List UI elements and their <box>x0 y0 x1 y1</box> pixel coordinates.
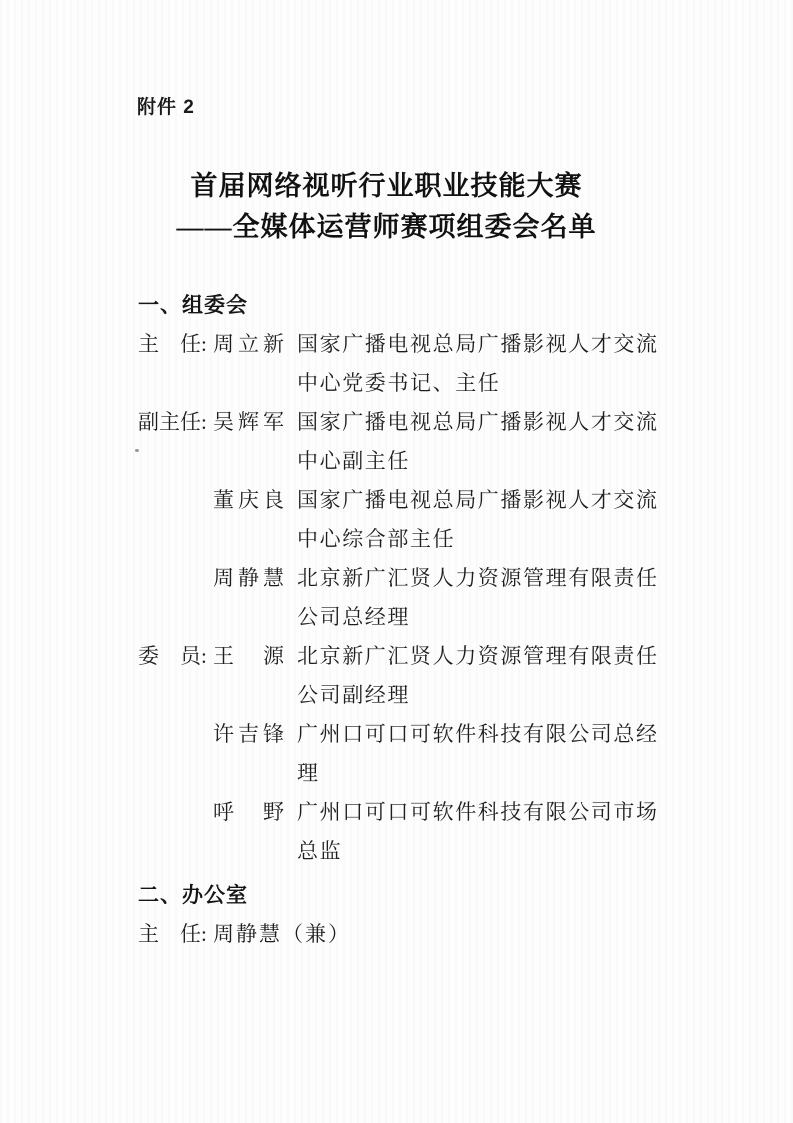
member-name: 董庆良 <box>213 481 289 520</box>
committee-entry: 主 任: 周立新 国家广播电视总局广播影视人才交流 中心党委书记、主任 <box>138 325 683 403</box>
committee-entry: 委 员: 王 源 北京新广汇贤人力资源管理有限责任 公司副经理 <box>138 637 683 715</box>
desc-line: 广州口可口可软件科技有限公司总经 <box>297 715 671 754</box>
scan-artifact-dot <box>135 449 139 452</box>
desc-line: 中心综合部主任 <box>297 520 671 559</box>
committee-entry: 周静慧 北京新广汇贤人力资源管理有限责任 公司总经理 <box>138 559 683 637</box>
member-desc: 国家广播电视总局广播影视人才交流 中心副主任 <box>297 403 671 481</box>
member-name: 周静慧 <box>213 559 289 598</box>
role-label: 主 任: <box>138 915 213 954</box>
role-label: 委 员: <box>138 637 213 676</box>
document-title: 首届网络视听行业职业技能大赛 ——全媒体运营师赛项组委会名单 <box>0 166 793 248</box>
desc-line: 中心党委书记、主任 <box>297 364 671 403</box>
desc-line: 国家广播电视总局广播影视人才交流 <box>297 325 671 364</box>
section-heading-committee: 一、组委会 <box>138 286 683 325</box>
member-name: 王 源 <box>213 637 289 676</box>
desc-line: 北京新广汇贤人力资源管理有限责任 <box>297 637 671 676</box>
member-name: 许吉锋 <box>213 715 289 754</box>
member-desc: 北京新广汇贤人力资源管理有限责任 公司总经理 <box>297 559 671 637</box>
member-desc: 广州口可口可软件科技有限公司总经 理 <box>297 715 671 793</box>
member-name: 周静慧（兼） <box>213 915 351 954</box>
document-body: 一、组委会 主 任: 周立新 国家广播电视总局广播影视人才交流 中心党委书记、主… <box>138 286 683 954</box>
desc-line: 国家广播电视总局广播影视人才交流 <box>297 403 671 442</box>
member-name: 吴辉军 <box>213 403 289 442</box>
desc-line: 国家广播电视总局广播影视人才交流 <box>297 481 671 520</box>
desc-line: 理 <box>297 754 671 793</box>
committee-entry: 董庆良 国家广播电视总局广播影视人才交流 中心综合部主任 <box>138 481 683 559</box>
office-entry: 主 任: 周静慧（兼） <box>138 915 683 954</box>
desc-line: 北京新广汇贤人力资源管理有限责任 <box>297 559 671 598</box>
member-name: 周立新 <box>213 325 289 364</box>
committee-entry: 呼 野 广州口可口可软件科技有限公司市场 总监 <box>138 793 683 871</box>
attachment-label: 附件 2 <box>137 92 195 119</box>
document-page: 附件 2 首届网络视听行业职业技能大赛 ——全媒体运营师赛项组委会名单 一、组委… <box>0 0 793 1123</box>
desc-line: 公司总经理 <box>297 598 671 637</box>
role-label: 主 任: <box>138 325 213 364</box>
title-line-2: ——全媒体运营师赛项组委会名单 <box>0 207 773 248</box>
committee-entry: 许吉锋 广州口可口可软件科技有限公司总经 理 <box>138 715 683 793</box>
member-desc: 北京新广汇贤人力资源管理有限责任 公司副经理 <box>297 637 671 715</box>
member-desc: 广州口可口可软件科技有限公司市场 总监 <box>297 793 671 871</box>
title-line-1: 首届网络视听行业职业技能大赛 <box>0 166 773 207</box>
desc-line: 中心副主任 <box>297 442 671 481</box>
desc-line: 广州口可口可软件科技有限公司市场 <box>297 793 671 832</box>
role-label: 副主任: <box>138 403 213 442</box>
desc-line: 公司副经理 <box>297 676 671 715</box>
desc-line: 总监 <box>297 832 671 871</box>
member-name: 呼 野 <box>213 793 289 832</box>
member-desc: 国家广播电视总局广播影视人才交流 中心党委书记、主任 <box>297 325 671 403</box>
section-heading-office: 二、办公室 <box>138 876 683 915</box>
member-desc: 国家广播电视总局广播影视人才交流 中心综合部主任 <box>297 481 671 559</box>
committee-entry: 副主任: 吴辉军 国家广播电视总局广播影视人才交流 中心副主任 <box>138 403 683 481</box>
